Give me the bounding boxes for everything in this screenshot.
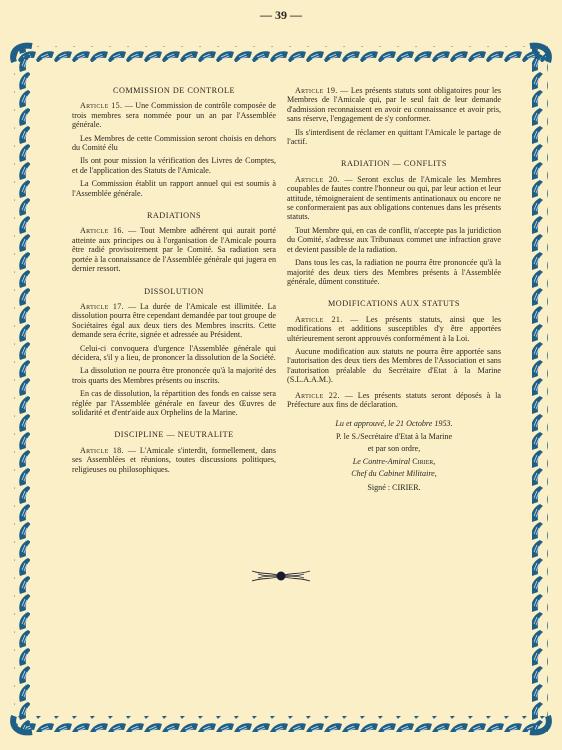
section-heading: COMMISSION DE CONTROLE [72, 86, 276, 95]
paragraph: La Commission établit un rapport annuel … [72, 179, 276, 198]
paragraph: En cas de dissolution, la répartition de… [72, 389, 276, 417]
paragraph: Celui-ci convoquera d'urgence l'Assemblé… [72, 344, 276, 363]
article-21: Article 21. — Les présents statuts, ains… [287, 315, 501, 343]
article-20: Article 20. — Seront exclus de l'Amicale… [287, 175, 501, 222]
section-heading: RADIATION — CONFLITS [287, 159, 501, 168]
admiral-line: Le Contre-Amiral Cirier, [287, 457, 501, 466]
section-heading: DISSOLUTION [72, 287, 276, 296]
section-radiations: RADIATIONS Article 16. — Tout Membre adh… [72, 211, 276, 273]
section-heading: RADIATIONS [72, 211, 276, 220]
order-line: et par son ordre, [287, 444, 501, 453]
section-heading: MODIFICATIONS AUX STATUTS [287, 299, 501, 308]
left-column: COMMISSION DE CONTROLE Article 15. — Une… [72, 86, 276, 478]
paragraph: Dans tous les cas, la radiation ne pourr… [287, 258, 501, 286]
paragraph: Tout Membre qui, en cas de conflit, n'ac… [287, 226, 501, 254]
article-15: Article 15. — Une Commission de contrôle… [72, 101, 276, 129]
signature-block: Lu et approuvé, le 21 Octobre 1953. P. l… [287, 419, 501, 492]
approval-line: Lu et approuvé, le 21 Octobre 1953. [287, 419, 501, 428]
section-commission-de-controle: COMMISSION DE CONTROLE Article 15. — Une… [72, 86, 276, 198]
article-22: Article 22. — Les présents statuts seron… [287, 391, 501, 410]
article-17: Article 17. — La durée de l'Amicale est … [72, 302, 276, 340]
ornament-fleuron-icon [250, 566, 312, 586]
right-column: Article 19. — Les présents statuts sont … [287, 86, 501, 496]
signed-line: Signé : CIRIER. [287, 483, 501, 492]
section-discipline-neutralite: DISCIPLINE — NEUTRALITE Article 18. — L'… [72, 430, 276, 474]
signatory-line: P. le S./Secrétaire d'Etat à la Marine [287, 432, 501, 441]
paragraph: Aucune modification aux statuts ne pourr… [287, 347, 501, 385]
section-heading: DISCIPLINE — NEUTRALITE [72, 430, 276, 439]
section-dissolution: DISSOLUTION Article 17. — La durée de l'… [72, 287, 276, 418]
article-18: Article 18. — L'Amicale s'interdit, form… [72, 446, 276, 474]
article-19: Article 19. — Les présents statuts sont … [287, 86, 501, 124]
article-16: Article 16. — Tout Membre adhérent qui a… [72, 226, 276, 273]
paragraph: Ils s'interdisent de réclamer en quittan… [287, 128, 501, 147]
paragraph: Ils ont pour mission la vérification des… [72, 156, 276, 175]
paragraph: Les Membres de cette Commission seront c… [72, 134, 276, 153]
section-modifications-aux-statuts: MODIFICATIONS AUX STATUTS Article 21. — … [287, 299, 501, 409]
cabinet-line: Chef du Cabinet Militaire, [287, 469, 501, 478]
section-radiation-conflits: RADIATION — CONFLITS Article 20. — Seron… [287, 159, 501, 286]
paragraph: La dissolution ne pourra être prononcée … [72, 366, 276, 385]
